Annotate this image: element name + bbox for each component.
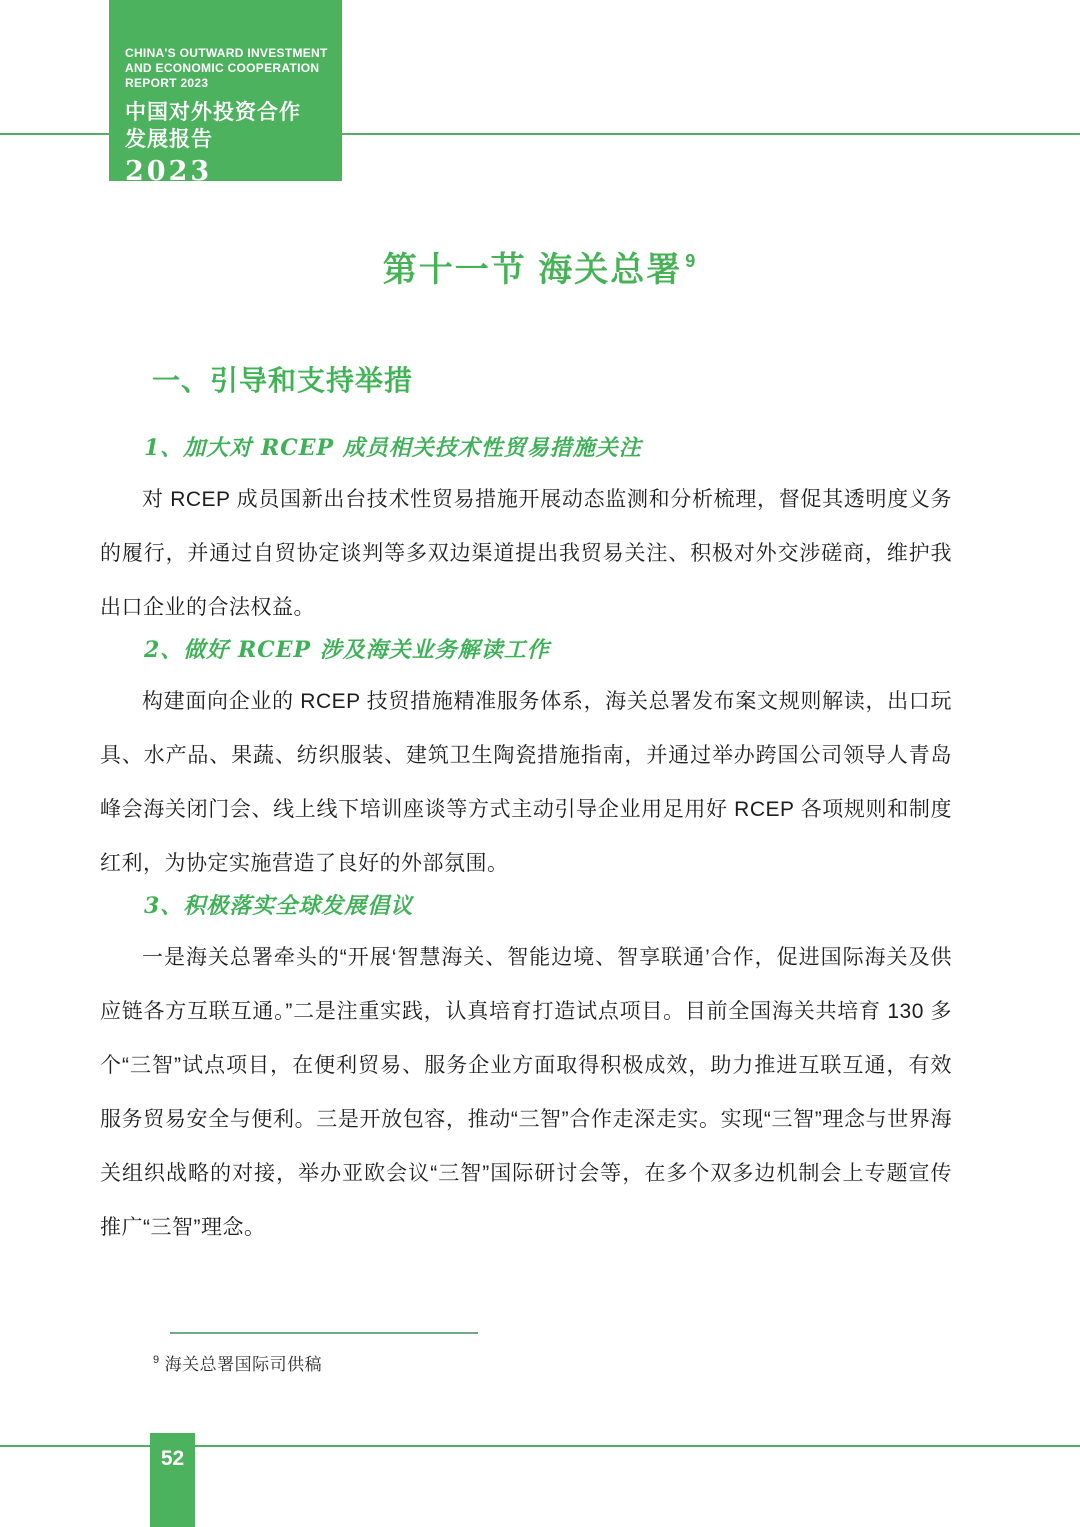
banner-chinese-line: 发展报告 xyxy=(125,126,332,153)
footnote-text: 海关总署国际司供稿 xyxy=(165,1355,323,1374)
banner-english-line: AND ECONOMIC COOPERATION xyxy=(125,61,332,76)
subheading-3: 3、积极落实全球发展倡议 xyxy=(144,893,952,919)
page-number-badge: 52 xyxy=(150,1433,195,1527)
subheading-1: 1、加大对 RCEP 成员相关技术性贸易措施关注 xyxy=(144,435,952,461)
main-content: 一、引导和支持举措 1、加大对 RCEP 成员相关技术性贸易措施关注 对 RCE… xyxy=(100,365,952,1255)
subheading-2: 2、做好 RCEP 涉及海关业务解读工作 xyxy=(144,637,952,663)
chapter-title-footnote-ref: 9 xyxy=(685,251,697,271)
banner-year: 2023 xyxy=(125,156,332,187)
footnote-separator xyxy=(170,1332,478,1334)
footnote: 9海关总署国际司供稿 xyxy=(153,1350,322,1375)
paragraph-3: 一是海关总署牵头的“开展‘智慧海关、智能边境、智享联通’合作，促进国际海关及供应… xyxy=(100,931,952,1255)
paragraph-2: 构建面向企业的 RCEP 技贸措施精准服务体系，海关总署发布案文规则解读，出口玩… xyxy=(100,675,952,891)
page-number: 52 xyxy=(161,1447,184,1470)
banner-chinese-title: 中国对外投资合作 发展报告 xyxy=(125,99,332,153)
section-heading: 一、引导和支持举措 xyxy=(152,365,952,397)
banner-english-line: REPORT 2023 xyxy=(125,76,332,91)
banner-english-line: CHINA'S OUTWARD INVESTMENT xyxy=(125,46,332,61)
banner-chinese-line: 中国对外投资合作 xyxy=(125,99,332,126)
banner-english-title: CHINA'S OUTWARD INVESTMENT AND ECONOMIC … xyxy=(125,46,332,91)
paragraph-1: 对 RCEP 成员国新出台技术性贸易措施开展动态监测和分析梳理，督促其透明度义务… xyxy=(100,473,952,635)
report-page: CHINA'S OUTWARD INVESTMENT AND ECONOMIC … xyxy=(0,0,1080,1527)
report-banner: CHINA'S OUTWARD INVESTMENT AND ECONOMIC … xyxy=(109,0,342,181)
chapter-title: 第十一节 海关总署9 xyxy=(0,242,1080,291)
footnote-ref: 9 xyxy=(153,1354,160,1366)
chapter-title-text: 第十一节 海关总署 xyxy=(383,251,682,289)
